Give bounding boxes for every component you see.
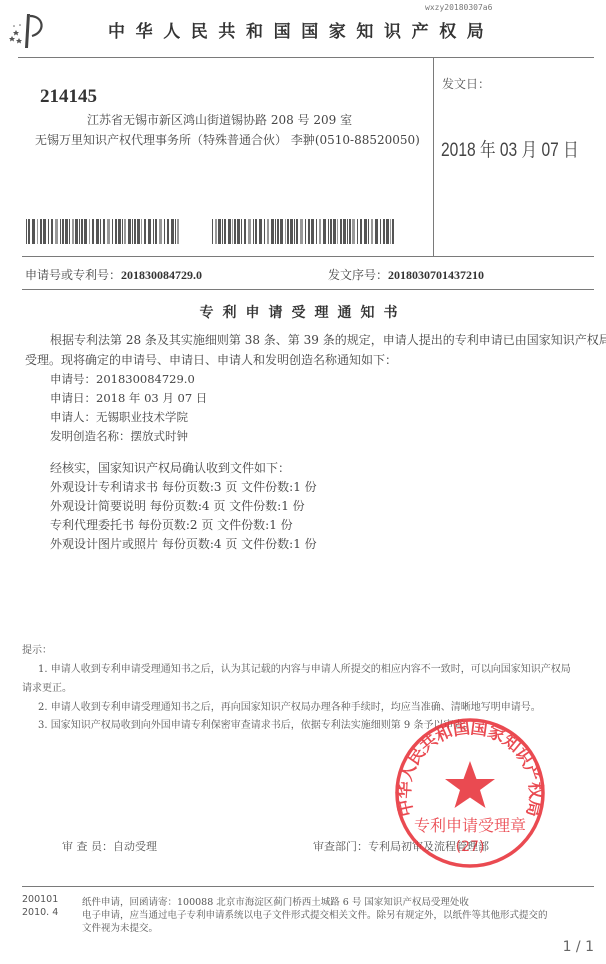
tip-item: 请求更正。 xyxy=(22,679,72,694)
issue-date-label: 发文日： xyxy=(442,75,490,92)
issue-date-value: 2018 年 03 月 07 日 xyxy=(441,135,579,162)
file-name: 外观设计图片或照片 xyxy=(50,537,158,551)
file-copies: 文件份数:1 份 xyxy=(241,480,317,494)
tip-item: 2. 申请人收到专利申请受理通知书之后，再向国家知识产权局办理各种手续时，均应当… xyxy=(38,698,541,713)
field-value: 201830084729.0 xyxy=(96,372,195,386)
field-label: 申请人： xyxy=(50,410,96,424)
field-application-date: 申请日：2018 年 03 月 07 日 xyxy=(50,390,207,406)
file-pages: 每份页数:3 页 xyxy=(162,480,238,494)
svg-text:专利申请受理章: 专利申请受理章 xyxy=(414,816,526,835)
application-number-value: 201830084729.0 xyxy=(121,268,202,282)
footer-electronic-notice-cont: 文件视为未提交。 xyxy=(82,920,158,934)
file-item: 外观设计图片或照片 每份页数:4 页 文件份数:1 份 xyxy=(50,535,317,552)
official-seal-stamp: 中华人民共和国国家知识产权局 专利申请受理章 (27) xyxy=(390,713,550,873)
intro-paragraph-line: 受理。现将确定的申请号、申请日、申请人和发明创造名称通知如下： xyxy=(25,351,397,368)
file-pages: 每份页数:4 页 xyxy=(162,537,238,551)
date-column-divider xyxy=(433,57,434,256)
application-number-label: 申请号或专利号： xyxy=(25,268,121,282)
footer-electronic-notice: 电子申请，应当通过电子专利申请系统以电子文件形式提交相关文件。除另有规定外，以纸… xyxy=(82,907,548,921)
application-number: 申请号或专利号：201830084729.0 xyxy=(25,266,202,283)
tips-title: 提示： xyxy=(22,641,52,656)
page-number: 1 / 1 xyxy=(563,939,594,955)
file-copies: 文件份数:1 份 xyxy=(229,499,305,513)
barcode-image xyxy=(26,219,180,244)
file-item: 外观设计简要说明 每份页数:4 页 文件份数:1 份 xyxy=(50,497,305,514)
field-label: 申请号： xyxy=(50,372,96,386)
field-application-number: 申请号：201830084729.0 xyxy=(50,371,195,387)
numbers-top-divider xyxy=(22,256,594,257)
header-divider xyxy=(18,57,594,58)
reviewer: 审 查 员：自动受理 xyxy=(62,838,157,854)
field-label: 发明创造名称： xyxy=(50,429,131,443)
file-copies: 文件份数:1 份 xyxy=(217,518,293,532)
intro-paragraph-line: 根据专利法第 28 条及其实施细则第 38 条、第 39 条的规定，申请人提出的… xyxy=(50,331,606,348)
file-name: 专利代理委托书 xyxy=(50,518,134,532)
field-label: 申请日： xyxy=(50,391,96,405)
recipient-postcode: 214145 xyxy=(40,86,97,108)
field-value: 无锡职业技术学院 xyxy=(96,410,188,424)
file-name: 外观设计专利请求书 xyxy=(50,480,158,494)
footer-paper-notice: 纸件申请，回函请寄：100088 北京市海淀区蓟门桥西土城路 6 号 国家知识产… xyxy=(82,894,469,908)
file-pages: 每份页数:4 页 xyxy=(150,499,226,513)
form-version: 2010. 4 xyxy=(22,907,58,918)
dispatch-sequence-label: 发文序号： xyxy=(328,268,388,282)
form-code: 200101 xyxy=(22,894,58,905)
file-copies: 文件份数:1 份 xyxy=(241,537,317,551)
document-watermark-code: wxzy20180307a6 xyxy=(425,3,492,12)
file-pages: 每份页数:2 页 xyxy=(138,518,214,532)
star-icon xyxy=(445,761,495,808)
recipient-agency-contact: 无锡万里知识产权代理事务所（特殊普通合伙） 李翀(0510-88520050) xyxy=(35,131,420,148)
files-received-intro: 经核实，国家知识产权局确认收到文件如下： xyxy=(50,459,290,476)
field-applicant: 申请人：无锡职业技术学院 xyxy=(50,409,188,425)
svg-text:(27): (27) xyxy=(456,839,485,855)
dispatch-sequence-value: 2018030701437210 xyxy=(388,268,484,282)
file-item: 外观设计专利请求书 每份页数:3 页 文件份数:1 份 xyxy=(50,478,317,495)
recipient-address: 江苏省无锡市新区鸿山街道锡协路 208 号 209 室 xyxy=(87,111,352,128)
dispatch-sequence-number: 发文序号：2018030701437210 xyxy=(328,266,484,283)
agency-name: 中华人民共和国国家知识产权局 xyxy=(108,17,494,42)
tip-item: 1. 申请人收到专利申请受理通知书之后，认为其记载的内容与申请人所提交的相应内容… xyxy=(38,660,571,675)
cnipa-logo-icon xyxy=(8,12,48,50)
document-title: 专利申请受理通知书 xyxy=(0,302,606,322)
field-invention-name: 发明创造名称：摆放式时钟 xyxy=(50,428,188,444)
field-value: 摆放式时钟 xyxy=(131,429,189,443)
barcode-image xyxy=(212,219,397,244)
file-item: 专利代理委托书 每份页数:2 页 文件份数:1 份 xyxy=(50,516,293,533)
footer-divider xyxy=(22,886,594,887)
numbers-bottom-divider xyxy=(22,289,594,290)
file-name: 外观设计简要说明 xyxy=(50,499,146,513)
field-value: 2018 年 03 月 07 日 xyxy=(96,391,207,405)
